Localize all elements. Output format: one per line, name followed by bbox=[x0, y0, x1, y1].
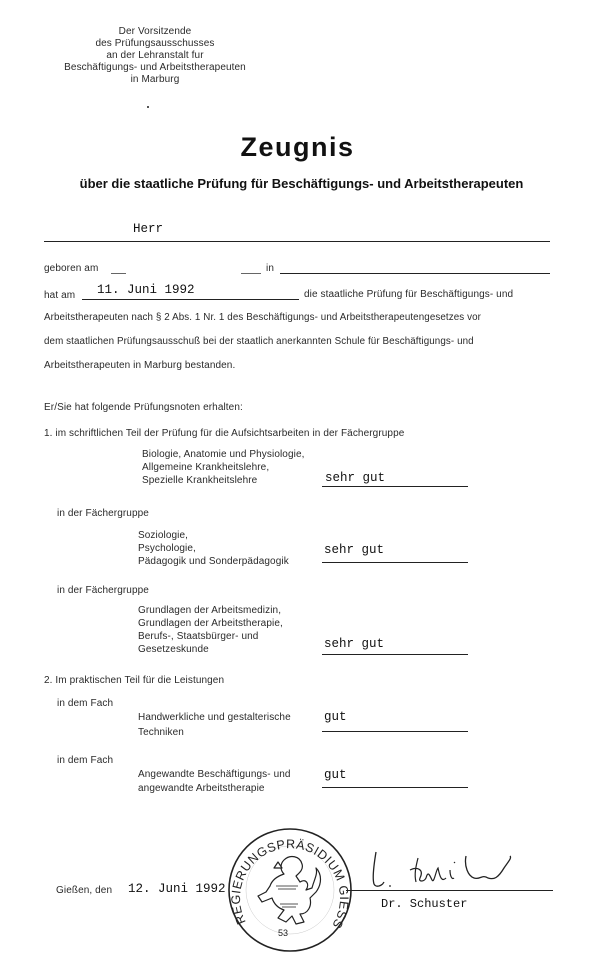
name-line bbox=[44, 241, 550, 242]
issuer-block: Der Vorsitzende des Prüfungsausschusses … bbox=[40, 26, 270, 86]
issuer-line: Beschäftigungs- und Arbeitstherapeuten bbox=[40, 62, 270, 74]
born-date-line-2 bbox=[241, 273, 261, 274]
practical-label-2: in dem Fach bbox=[57, 755, 113, 766]
group-label-2: in der Fächergruppe bbox=[57, 508, 149, 519]
practical-label-1: in dem Fach bbox=[57, 698, 113, 709]
statement-line-3: dem staatlichen Prüfungsausschuß bei der… bbox=[44, 336, 474, 347]
born-label: geboren am bbox=[44, 263, 98, 274]
grade-group-1: sehr gut bbox=[325, 471, 385, 485]
issuer-line: Der Vorsitzende bbox=[40, 26, 270, 38]
grade-line-3 bbox=[322, 654, 468, 655]
subject: Psychologie, bbox=[138, 542, 289, 555]
practical-grade-line-2 bbox=[322, 787, 468, 788]
issuer-line: des Prüfungsausschusses bbox=[40, 38, 270, 50]
grades-intro: Er/Sie hat folgende Prüfungsnoten erhalt… bbox=[44, 402, 243, 413]
practical-grade-2: gut bbox=[324, 768, 347, 782]
grade-group-2: sehr gut bbox=[324, 543, 384, 557]
issuer-line: an der Lehranstalt fur bbox=[40, 50, 270, 62]
subject: Handwerkliche und gestalterische bbox=[138, 711, 291, 724]
subject: Biologie, Anatomie und Physiologie, bbox=[142, 448, 305, 461]
practical-grade-line-1 bbox=[322, 731, 468, 732]
subject: Spezielle Krankheitslehre bbox=[142, 474, 305, 487]
stamp-seal-icon: REGIERUNGSPRÄSIDIUM GIESSEN 53 bbox=[226, 826, 354, 954]
born-date-line bbox=[111, 273, 126, 274]
subject-group-3: Grundlagen der Arbeitsmedizin, Grundlage… bbox=[138, 604, 283, 656]
subject: Techniken bbox=[138, 726, 291, 739]
exam-date-value: 11. Juni 1992 bbox=[97, 283, 195, 297]
signatory-name: Dr. Schuster bbox=[381, 897, 467, 911]
practical-subjects-2: Angewandte Beschäftigungs- und angewandt… bbox=[138, 768, 291, 795]
practical-heading: 2. Im praktischen Teil für die Leistunge… bbox=[44, 675, 224, 686]
speck-dot bbox=[147, 106, 149, 108]
born-in-label: in bbox=[266, 263, 274, 274]
document-subtitle: über die staatliche Prüfung für Beschäft… bbox=[0, 176, 595, 191]
svg-text:53: 53 bbox=[278, 928, 288, 938]
subject: Gesetzeskunde bbox=[138, 643, 283, 656]
document-title: Zeugnis bbox=[0, 132, 595, 163]
subject: Grundlagen der Arbeitstherapie, bbox=[138, 617, 283, 630]
subject: Angewandte Beschäftigungs- und bbox=[138, 768, 291, 781]
subject: Allgemeine Krankheitslehre, bbox=[142, 461, 305, 474]
grade-line-1 bbox=[322, 486, 468, 487]
written-heading: 1. im schriftlichen Teil der Prüfung für… bbox=[44, 428, 404, 439]
statement-line-2: Arbeitstherapeuten nach § 2 Abs. 1 Nr. 1… bbox=[44, 312, 481, 323]
statement-line-1: die staatliche Prüfung für Beschäftigung… bbox=[304, 289, 513, 300]
issuer-line: in Marburg bbox=[40, 74, 270, 86]
subject: Grundlagen der Arbeitsmedizin, bbox=[138, 604, 283, 617]
subject: Berufs-, Staatsbürger- und bbox=[138, 630, 283, 643]
subject-group-1: Biologie, Anatomie und Physiologie, Allg… bbox=[142, 448, 305, 487]
subject: Pädagogik und Sonderpädagogik bbox=[138, 555, 289, 568]
salutation: Herr bbox=[133, 222, 163, 236]
group-label-3: in der Fächergruppe bbox=[57, 585, 149, 596]
subject: angewandte Arbeitstherapie bbox=[138, 782, 291, 795]
official-stamp: REGIERUNGSPRÄSIDIUM GIESSEN 53 bbox=[226, 826, 354, 954]
practical-subjects-1: Handwerkliche und gestalterische Technik… bbox=[138, 711, 291, 739]
subject-group-2: Soziologie, Psychologie, Pädagogik und S… bbox=[138, 529, 289, 568]
birthplace-line bbox=[280, 273, 550, 274]
statement-line-4: Arbeitstherapeuten in Marburg bestanden. bbox=[44, 360, 235, 371]
grade-line-2 bbox=[322, 562, 468, 563]
exam-date-label: hat am bbox=[44, 290, 75, 301]
subject: Soziologie, bbox=[138, 529, 289, 542]
signature-scribble-icon bbox=[370, 848, 530, 892]
practical-grade-1: gut bbox=[324, 710, 347, 724]
grade-group-3: sehr gut bbox=[324, 637, 384, 651]
handwritten-signature bbox=[370, 848, 530, 892]
issue-date: 12. Juni 1992 bbox=[128, 882, 226, 896]
place-label: Gießen, den bbox=[56, 885, 112, 896]
exam-date-line bbox=[82, 299, 299, 300]
